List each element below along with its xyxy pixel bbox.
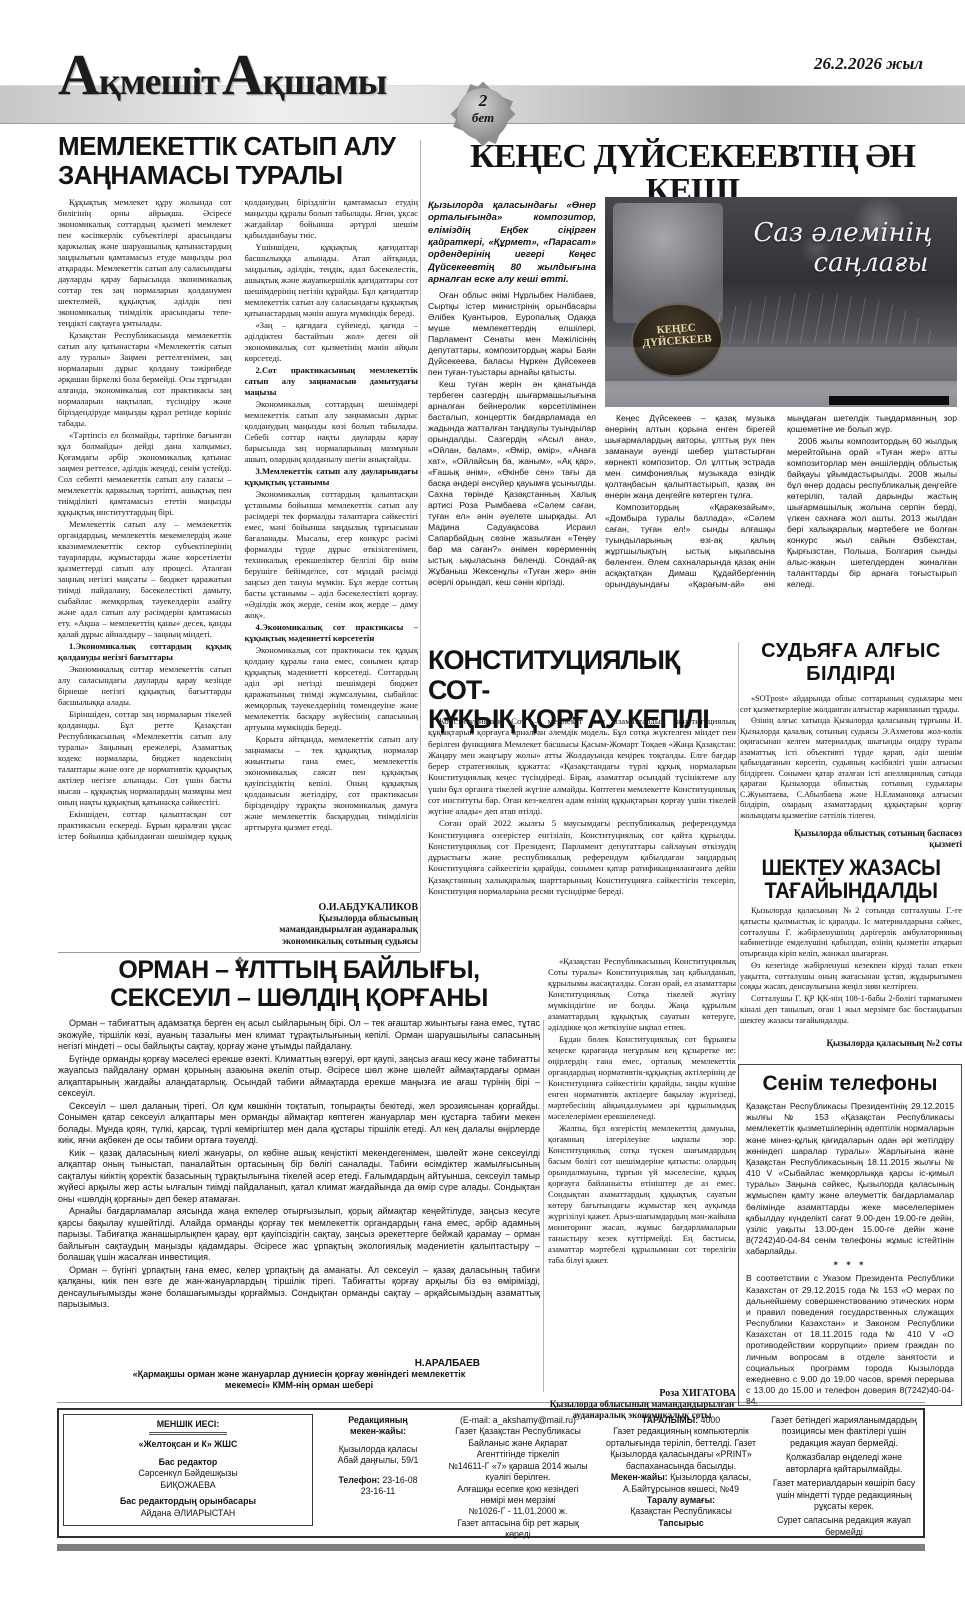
column-rule — [738, 642, 739, 1060]
stage-audience — [605, 347, 957, 381]
disclaimer: Газет материалдарын көшіріп басу үшін мі… — [771, 1478, 917, 1512]
paragraph: Экономикалық соттардың шешімдері мемлеке… — [245, 399, 419, 465]
trust-phone-box: Сенім телефоны Қазақстан Республикасы Пр… — [738, 1064, 962, 1406]
paragraph: «SOTpost» айдарында облыс соттарының суд… — [740, 694, 962, 715]
editor-name: БИҚОЖАЕВА — [70, 1480, 306, 1491]
paragraph: Мемлекеттік сатып алу – мемлекеттік орга… — [58, 519, 232, 640]
deputy-editor-name: Айдана ӘЛИАРЫСТАН — [70, 1508, 306, 1519]
paragraph: Құқықтық мемлекет құру жолында сот биліг… — [58, 197, 232, 329]
paragraph: Киік – қазақ даласының киелі жануары, ол… — [58, 1148, 540, 1206]
author-name: Н.АРАЛБАЕВ — [58, 1358, 540, 1369]
music-notes-decoration — [695, 293, 935, 343]
procurement-article-title: МЕМЛЕКЕТТІК САТЫП АЛУ ЗАҢНАМАСЫ ТУРАЛЫ — [58, 132, 420, 190]
sentence-article-body: Қызылорда қаласының №2 сотында сотталушы… — [740, 906, 962, 1034]
disclaimer: Газет бетіндегі жарияланымдардың позиция… — [771, 1415, 917, 1449]
paragraph: Конституциялық Сот – мемлекет пен азамат… — [428, 716, 736, 817]
author-role: Қызылорда облысының — [58, 913, 418, 924]
constitution-article-column: «Қазақстан Республикасының Конституциялы… — [548, 956, 736, 1388]
paragraph: Біріншіден, соттар заң нормаларын тікеле… — [58, 709, 232, 808]
paragraph: Қазақстан Республикасында мемлекеттік са… — [58, 330, 232, 429]
editor-name: Сәрсенкүл Бәйдешқызы — [70, 1468, 306, 1479]
section-separator: * * * — [746, 1260, 954, 1270]
author-role: «Қармақшы орман және жануарлар дүниесін … — [58, 1369, 540, 1380]
editor-label: Бас редактор — [70, 1457, 306, 1468]
paragraph: «Қазақстан Республикасының Конституциялы… — [548, 956, 736, 1033]
forest-article-title: ОРМАН – ҰЛТТЫҢ БАЙЛЫҒЫ, СЕКСЕУІЛ – ШӨЛДІ… — [58, 956, 540, 1012]
imprint-footer: МЕНШІК ИЕСІ: «Желтоқсан и К» ЖШС Бас ред… — [57, 1408, 925, 1538]
procurement-byline: О.И.АБДУКАЛИКОВ Қызылорда облысының мама… — [58, 902, 418, 947]
trust-phone-text-kk: Қазақстан Республикасы Президентінің 29.… — [746, 1101, 954, 1257]
trust-phone-title: Сенім телефоны — [746, 1072, 954, 1096]
paragraph: Өз кезегінде жәбірленуші кезекпен кіруді… — [740, 961, 962, 993]
disclaimer: Қолжазбалар өңделеді және авторларға қай… — [771, 1452, 917, 1475]
author-name: Роза ХИГАТОВА — [548, 1388, 736, 1399]
paragraph: Кеңес Дүйсекеев – қазақ музыка өнерінің … — [605, 413, 775, 501]
forest-article-body: Орман – табиғаттың адамзатқа берген ең а… — [58, 1018, 540, 1356]
paragraph: Сексеуіл – шөл даланың тірегі. Ол құм кө… — [58, 1101, 540, 1147]
paragraph: Өзінің алғыс хатында Қызылорда қаласының… — [740, 716, 962, 821]
paragraph: Кеш туған жерін ән қанатында тербеген са… — [428, 379, 596, 588]
masthead-initial: А — [58, 42, 99, 107]
page-label: бет — [449, 111, 517, 124]
editorial-address: Абай даңғылы, 59/1 — [323, 1455, 433, 1466]
footer-print-column: ТАРАЛЫМЫ: 4000 Газет редакцияның компьют… — [597, 1410, 765, 1546]
footer-owner-column: МЕНШІК ИЕСІ: «Желтоқсан и К» ЖШС Бас ред… — [59, 1410, 317, 1546]
owner-label: МЕНШІК ИЕСІ: — [149, 1419, 228, 1435]
author-role: мамандандырылған ауданаралық — [58, 924, 418, 935]
page-number: 2 — [449, 92, 517, 109]
paragraph: Үшіншіден, құқықтық қағидаттар басшылыққ… — [245, 242, 419, 319]
paragraph: Бұдан бөлек Конституциялық сот бұрынғы к… — [548, 1034, 736, 1122]
footer-disclaimer-column: Газет бетіндегі жарияланымдардың позиция… — [765, 1410, 923, 1546]
masthead-title: Ақмешіт Ақшамы — [58, 46, 386, 104]
footer-address-column: Редакцияның мекен-жайы: Қызылорда қаласы… — [317, 1410, 439, 1546]
disclaimer: Сурет сапасына редакция жауап бермейді — [771, 1515, 917, 1538]
column-rule — [420, 140, 421, 952]
paragraph: Сотталушы Г. ҚР ҚК-нің 108-1-бабы 2-бөлі… — [740, 994, 962, 1026]
subheading: 1.Экономикалық соттардың құқық қолдануды… — [58, 641, 232, 663]
gratitude-article-title: СУДЬЯҒА АЛҒЫС БІЛДІРДІ — [740, 640, 962, 686]
circulation-label: ТАРАЛЫМЫ: — [642, 1415, 698, 1425]
phone-number: 23-16-11 — [323, 1486, 433, 1497]
section-divider — [58, 952, 420, 953]
circulation-value: 4000 — [701, 1415, 721, 1425]
order-label: Тапсырыс — [603, 1518, 759, 1529]
paragraph: Қызылорда қаласының №2 сотында сотталушы… — [740, 906, 962, 960]
subheading: 4.Экономикалық сот практикасы – құқықтық… — [245, 622, 419, 644]
author-name: О.И.АБДУКАЛИКОВ — [58, 902, 418, 913]
concert-photo: Саз әлемінің саңлағы КЕҢЕС ДҮЙСЕКЕЕВ — [605, 197, 957, 407]
editorial-address: Қызылорда қаласы — [323, 1444, 433, 1455]
paragraph: Қорыта айтқанда, мемлекеттік сатып алу з… — [245, 734, 419, 833]
distribution-territory: Қазақстан Республикасы — [603, 1506, 759, 1517]
subheading: 3.Мемлекеттік сатып алу дауларындағы құқ… — [245, 466, 419, 488]
footer-gray-strip — [57, 1544, 925, 1551]
gratitude-byline: Қызылорда облыстық сотының баспасөз қызм… — [740, 828, 962, 851]
paragraph: «Заң – қағидаға сүйенеді, қағида – әділд… — [245, 320, 419, 364]
paragraph: Экономикалық сот практикасы тек құқық қо… — [245, 645, 419, 733]
author-role: мекемесі» КММ-нің орман шебері — [58, 1380, 540, 1391]
trust-phone-text-ru: В соответствии с Указом Президента Респу… — [746, 1273, 954, 1406]
printing-info: Газет редакцияның компьютерлік орталығын… — [603, 1426, 759, 1472]
paragraph: «Тәртіпсіз ел болмайды, тәртіпке бағынға… — [58, 430, 232, 518]
paragraph: 2006 жылы композитордың 60 жылдық мерейт… — [787, 436, 957, 590]
sentence-byline: Қызылорда қаласының №2 соты — [740, 1038, 962, 1049]
paragraph: Жалпы, бұл өзгерістің мемлекеттің дамуын… — [548, 1123, 736, 1266]
forest-byline: Н.АРАЛБАЕВ «Қармақшы орман және жануарла… — [58, 1358, 540, 1392]
paragraph: Орман – бүгінгі ұрпақтың ғана емес, келе… — [58, 1265, 540, 1311]
phone-number: 23-16-08 — [382, 1475, 417, 1485]
footer-registration-column: (E-mail: a_akshamy@mail.ru) Газет Қазақс… — [439, 1410, 597, 1546]
concert-intro-column: Қызылорда қаласындағы «Өнер орталығында»… — [428, 200, 596, 642]
gratitude-article-body: «SOTpost» айдарында облыс соттарының суд… — [740, 694, 962, 826]
phone-label: Телефон: — [338, 1475, 379, 1485]
author-role: қызметі — [740, 839, 962, 850]
column-rule — [543, 1020, 544, 1392]
constitution-article-intro: Конституциялық Сот – мемлекет пен азамат… — [428, 716, 736, 950]
concert-article-body: Кеңес Дүйсекеев – қазақ музыка өнерінің … — [605, 413, 957, 639]
photo-credit-bar — [829, 396, 949, 405]
author-role: экономикалық сотының судьясы — [58, 936, 418, 947]
concert-lead: Қызылорда қаласындағы «Өнер орталығында»… — [428, 200, 596, 286]
procurement-article-body: Құқықтық мемлекет құру жолында сот биліг… — [58, 197, 418, 900]
subheading: 2.Сот практикасының мемлекеттік сатып ал… — [245, 365, 419, 398]
paragraph: Соған орай 2022 жылғы 5 маусымдағы респу… — [428, 818, 736, 897]
photo-overlay-title: Саз әлемінің саңлағы — [743, 219, 943, 279]
paragraph: Арнайы бағдарламалар аясында жаңа екпеле… — [58, 1206, 540, 1264]
email: (E-mail: a_akshamy@mail.ru) — [445, 1415, 591, 1426]
deputy-editor-label: Бас редактордың орынбасары — [70, 1496, 306, 1507]
paragraph: Оған облыс әкімі Нұрлыбек Нәлібаев, Сырт… — [428, 290, 596, 378]
owner-name: «Желтоқсан и К» ЖШС — [70, 1439, 306, 1450]
paragraph: Экономикалық соттардың қалыптасқан ұстан… — [245, 489, 419, 621]
paragraph: Орман – табиғаттың адамзатқа берген ең а… — [58, 1018, 540, 1053]
paragraph: Экономикалық соттар мемлекеттік сатып ал… — [58, 664, 232, 708]
issue-date: 26.2.2026 жыл — [814, 54, 923, 74]
newspaper-page: Ақмешіт Ақшамы 26.2.2026 жыл 2 бет ❖ МЕМ… — [0, 0, 965, 1600]
owner-box: МЕНШІК ИЕСІ: «Желтоқсан и К» ЖШС Бас ред… — [63, 1414, 313, 1526]
paragraph: Бүгінде орманды қорғау мәселесі ерекше ө… — [58, 1054, 540, 1100]
sentence-article-title: ШЕКТЕУ ЖАЗАСЫ ТАҒАЙЫНДАЛДЫ — [749, 856, 953, 902]
author-role: Қызылорда облыстық сотының баспасөз — [740, 828, 962, 839]
